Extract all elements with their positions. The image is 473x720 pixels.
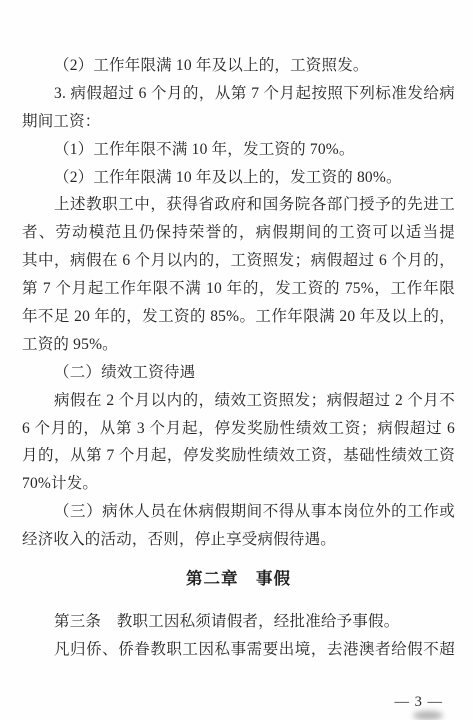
text-line: 病假在 2 个月以内的，绩效工资照发；病假超过 2 个月不满: [22, 387, 455, 415]
text-line: 其中，病假在 6 个月以内的，工资照发；病假超过 6 个月的，从: [22, 247, 455, 275]
text-line: 月的，从第 7 个月起，停发奖励性绩效工资，基础性绩效工资按: [22, 442, 455, 470]
document-body: （2）工作年限满 10 年及以上的，工资照发。 3. 病假超过 6 个月的，从第…: [22, 52, 455, 664]
text-line: 凡归侨、侨眷教职工因私事需要出境，去港澳者给假不超过: [22, 636, 455, 664]
page-number: — 3 —: [395, 694, 444, 711]
text-line: （1）工作年限不满 10 年，发工资的 70%。: [22, 136, 455, 164]
text-line: 第 7 个月起工作年限不满 10 年的，发工资的 75%，工作年限满 10: [22, 275, 455, 303]
text-line: 年不足 20 年的，发工资的 85%。工作年限满 20 年及以上的，发: [22, 303, 455, 331]
text-line: 上述教职工中，获得省政府和国务院各部门授予的先进工作: [22, 191, 455, 219]
text-line: （三）病休人员在休病假期间不得从事本岗位外的工作或有: [22, 498, 455, 526]
text-line: 期间工资：: [22, 108, 455, 136]
scan-artifact: [413, 711, 443, 720]
text-line: 工资的 95%。: [22, 331, 455, 359]
text-line: 3. 病假超过 6 个月的，从第 7 个月起按照下列标准发给病假: [22, 80, 455, 108]
chapter-heading: 第二章 事假: [22, 565, 455, 593]
text-line: （2）工作年限满 10 年及以上的，工资照发。: [22, 52, 455, 80]
text-line: 者、劳动模范且仍保持荣誉的，病假期间的工资可以适当提高。: [22, 219, 455, 247]
text-line: 6 个月的，从第 3 个月起，停发奖励性绩效工资；病假超过 6 个: [22, 415, 455, 443]
text-line: 经济收入的活动，否则，停止享受病假待遇。: [22, 526, 455, 554]
text-line: （二）绩效工资待遇: [22, 359, 455, 387]
text-line: 70%计发。: [22, 470, 455, 498]
document-page: （2）工作年限满 10 年及以上的，工资照发。 3. 病假超过 6 个月的，从第…: [0, 0, 473, 720]
text-line: 第三条 教职工因私须请假者，经批准给予事假。: [22, 608, 455, 636]
text-line: （2）工作年限满 10 年及以上的，发工资的 80%。: [22, 164, 455, 192]
